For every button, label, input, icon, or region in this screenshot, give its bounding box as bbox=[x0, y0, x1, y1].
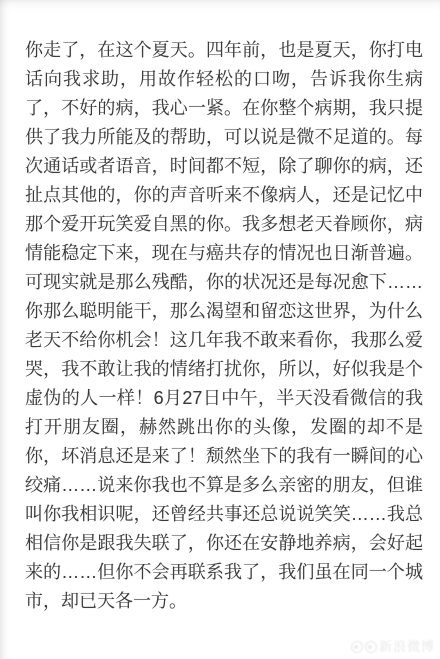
text-line: 叫你我相识呢，还曾经共事还总说说笑笑……我总 bbox=[25, 500, 423, 529]
text-line: 老天不给你机会！这几年我不敢来看你，我那么爱 bbox=[25, 326, 423, 355]
text-line: 那个爱开玩笑爱自黑的你。我多想老天眷顾你，病 bbox=[25, 210, 423, 239]
text-line: 虚伪的人一样！6月27日中午，半天没看微信的我 bbox=[25, 384, 423, 413]
text-line: 话向我求助，用故作轻松的口吻，告诉我你生病 bbox=[25, 65, 423, 94]
watermark-text: 新浪微博 bbox=[379, 640, 435, 654]
weibo-logo-icon bbox=[351, 641, 363, 653]
watermark: 新浪微博 bbox=[351, 640, 435, 654]
text-line: 供了我力所能及的帮助，可以说是微不足道的。每 bbox=[25, 123, 423, 152]
text-line: 你那么聪明能干，那么渴望和留恋这世界，为什么 bbox=[25, 297, 423, 326]
text-screenshot-page: 你走了，在这个夏天。四年前，也是夏天，你打电 话向我求助，用故作轻松的口吻，告诉… bbox=[0, 0, 440, 659]
text-line: 你，坏消息还是来了！颓然坐下的我有一瞬间的心 bbox=[25, 442, 423, 471]
text-line: 情能稳定下来，现在与癌共存的情况也日渐普遍。 bbox=[25, 239, 423, 268]
text-line: 了，不好的病，我心一紧。在你整个病期，我只提 bbox=[25, 94, 423, 123]
article: 你走了，在这个夏天。四年前，也是夏天，你打电 话向我求助，用故作轻松的口吻，告诉… bbox=[25, 36, 423, 616]
text-line: 市，却已天各一方。 bbox=[25, 587, 423, 616]
text-line: 来的……但你不会再联系我了，我们虽在同一个城 bbox=[25, 558, 423, 587]
text-line: 哭，我不敢让我的情绪打扰你，所以，好似我是个 bbox=[25, 355, 423, 384]
text-line: 你走了，在这个夏天。四年前，也是夏天，你打电 bbox=[25, 36, 423, 65]
text-line: 可现实就是那么残酷，你的状况还是每况愈下…… bbox=[25, 268, 423, 297]
text-line: 相信你是跟我失联了，你还在安静地养病，会好起 bbox=[25, 529, 423, 558]
text-line: 扯点其他的，你的声音听来不像病人，还是记忆中 bbox=[25, 181, 423, 210]
text-line: 绞痛……说来你我也不算是多么亲密的朋友，但谁 bbox=[25, 471, 423, 500]
text-line: 打开朋友圈，赫然跳出你的头像，发圈的却不是 bbox=[25, 413, 423, 442]
avatar-icon bbox=[365, 641, 377, 653]
text-line: 次通话或者语音，时间都不短，除了聊你的病，还 bbox=[25, 152, 423, 181]
